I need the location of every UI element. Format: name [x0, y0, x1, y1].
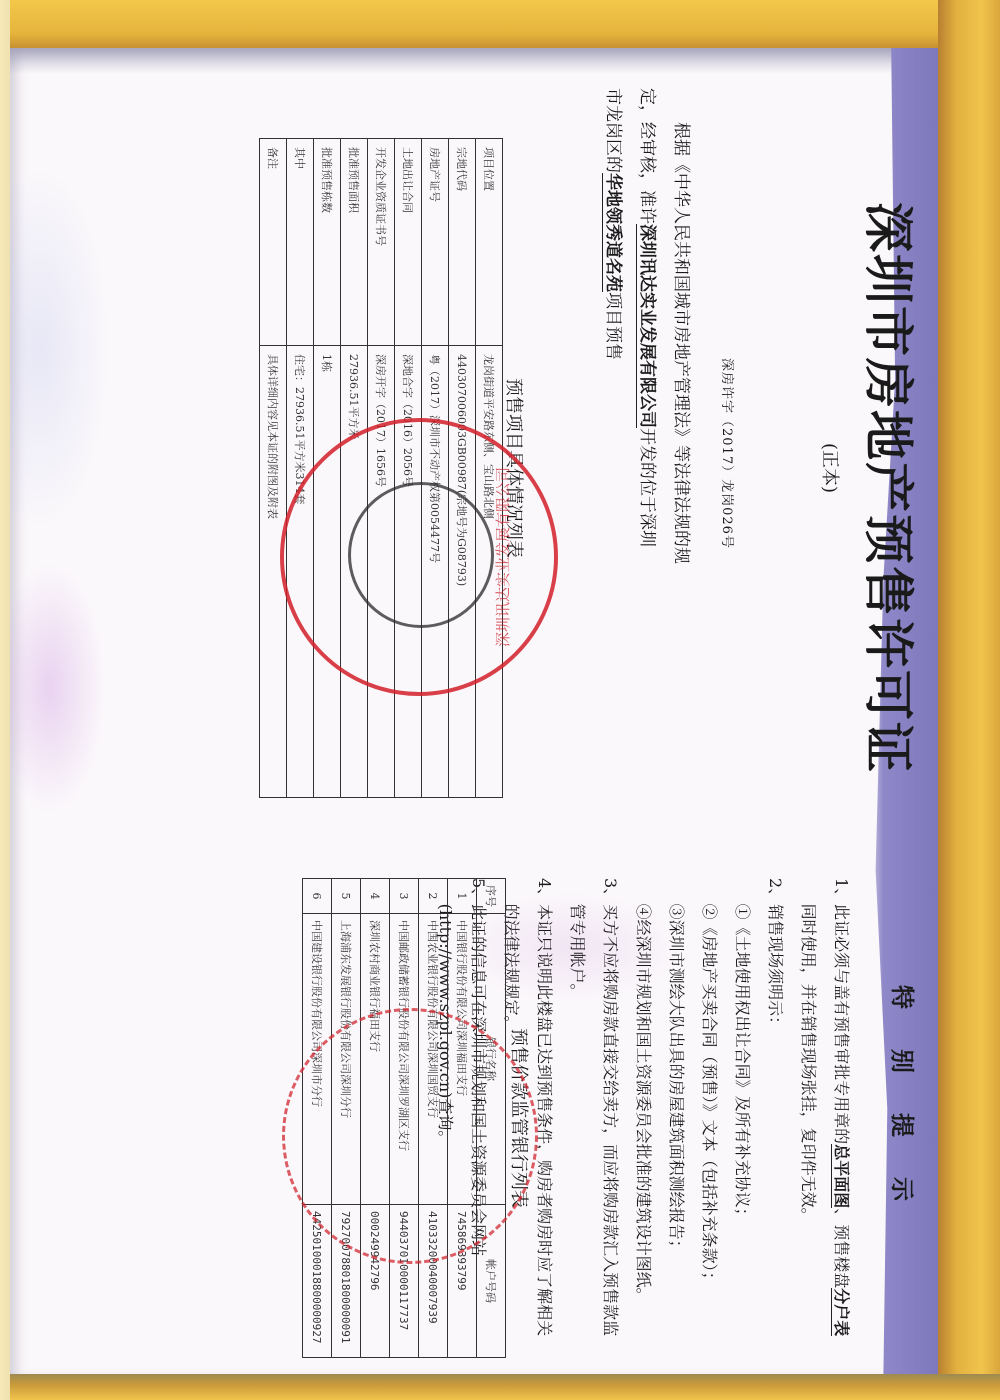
glass-shadow: [10, 48, 938, 74]
frame-left-edge: [0, 0, 10, 1400]
intro-line-3-suffix: 项目预售: [603, 292, 623, 360]
row-label: 开发企业资质证书号: [368, 139, 395, 346]
intro-line-3-prefix: 市龙岗区的: [603, 88, 623, 173]
certificate-paper: 深圳市房地产预售许可证 (正本) 深房许字（2017）龙岗026号 根据《中华人…: [10, 48, 938, 1374]
row-label: 其中: [287, 139, 314, 346]
document-title: 深圳市房地产预售许可证: [856, 88, 928, 888]
authority-seal: [282, 1008, 538, 1264]
column-header: 序号: [477, 879, 506, 914]
row-label: 项目位置: [476, 139, 503, 346]
row-label: 房地产证号: [422, 139, 449, 346]
row-number: 4: [361, 879, 390, 914]
notice-item: ①《土地使用权出让合同》及所有补充协议；: [726, 878, 759, 1358]
notice-item: ②《房地产买卖合同（预售）》文本（包括补充条款）；: [693, 878, 726, 1358]
intro-line-2-suffix: 开发的位于深圳: [637, 428, 657, 547]
row-label: 批准预售栋数: [314, 139, 341, 346]
notice-item: ③深圳市测绘大队出具的房屋建筑面积测绘报告；: [660, 878, 693, 1358]
developer-name: 深圳讯达实业发展有限公司: [636, 224, 657, 428]
row-number: 5: [332, 879, 361, 914]
bank-seal-inner: [348, 482, 494, 628]
row-label: 宗地代码: [449, 139, 476, 346]
presale-permit-document: 深圳市房地产预售许可证 (正本) 深房许字（2017）龙岗026号 根据《中华人…: [38, 88, 938, 1368]
picture-frame: 深圳市房地产预售许可证 (正本) 深房许字（2017）龙岗026号 根据《中华人…: [0, 0, 1000, 1400]
project-name: 华地领秀道名苑: [602, 173, 623, 292]
row-label: 批准预售面积: [341, 139, 368, 346]
developer-seal-text: 深圳讯达实业发展有限公司: [492, 442, 514, 672]
frame-top-edge: [0, 0, 1000, 48]
row-number: 6: [303, 879, 332, 914]
intro-line-1: 根据《中华人民共和国城市房地产管理法》等法律法规的规: [671, 122, 691, 564]
table-row: 备注具体详细内容见本证的附图及附表: [260, 139, 287, 798]
intro-paragraph: 根据《中华人民共和国城市房地产管理法》等法律法规的规 定，经审核，准许深圳讯达实…: [596, 88, 698, 878]
row-number: 1: [448, 879, 477, 914]
notice-title: 特别提示: [887, 878, 922, 1348]
intro-line-2-prefix: 定，经审核，准许: [637, 88, 657, 224]
table-row: 其中住宅：27936.51平方米314套: [287, 139, 314, 798]
row-number: 2: [419, 879, 448, 914]
row-label: 土地出让合同: [395, 139, 422, 346]
document-subtitle: (正本): [818, 88, 844, 848]
notice-item-continuation: 管专用帐户。: [561, 878, 594, 1358]
notice-item-continuation: 同时使用，并在销售现场张挂，复印件无效。: [792, 878, 825, 1358]
notice-item: 2、销售现场须明示：: [759, 878, 792, 1358]
notice-item: 3、买方不应将购房款直接交给卖方，而应将购房款汇入预售款监: [594, 878, 627, 1358]
permit-number: 深房许字（2017）龙岗026号: [719, 358, 738, 549]
frame-right-edge: [938, 0, 1000, 1400]
developer-seal: 深圳讯达实业发展有限公司: [280, 418, 558, 696]
frame-bottom-edge: [0, 1374, 1000, 1400]
notice-item: ④经深圳市规划和国土资源委员会批准的建筑设计图纸。: [627, 878, 660, 1358]
notice-item: 1、此证必须与盖有预售审批专用章的总平面图、预售楼盘分户表: [825, 878, 858, 1358]
row-label: 备注: [260, 139, 287, 346]
row-number: 3: [390, 879, 419, 914]
